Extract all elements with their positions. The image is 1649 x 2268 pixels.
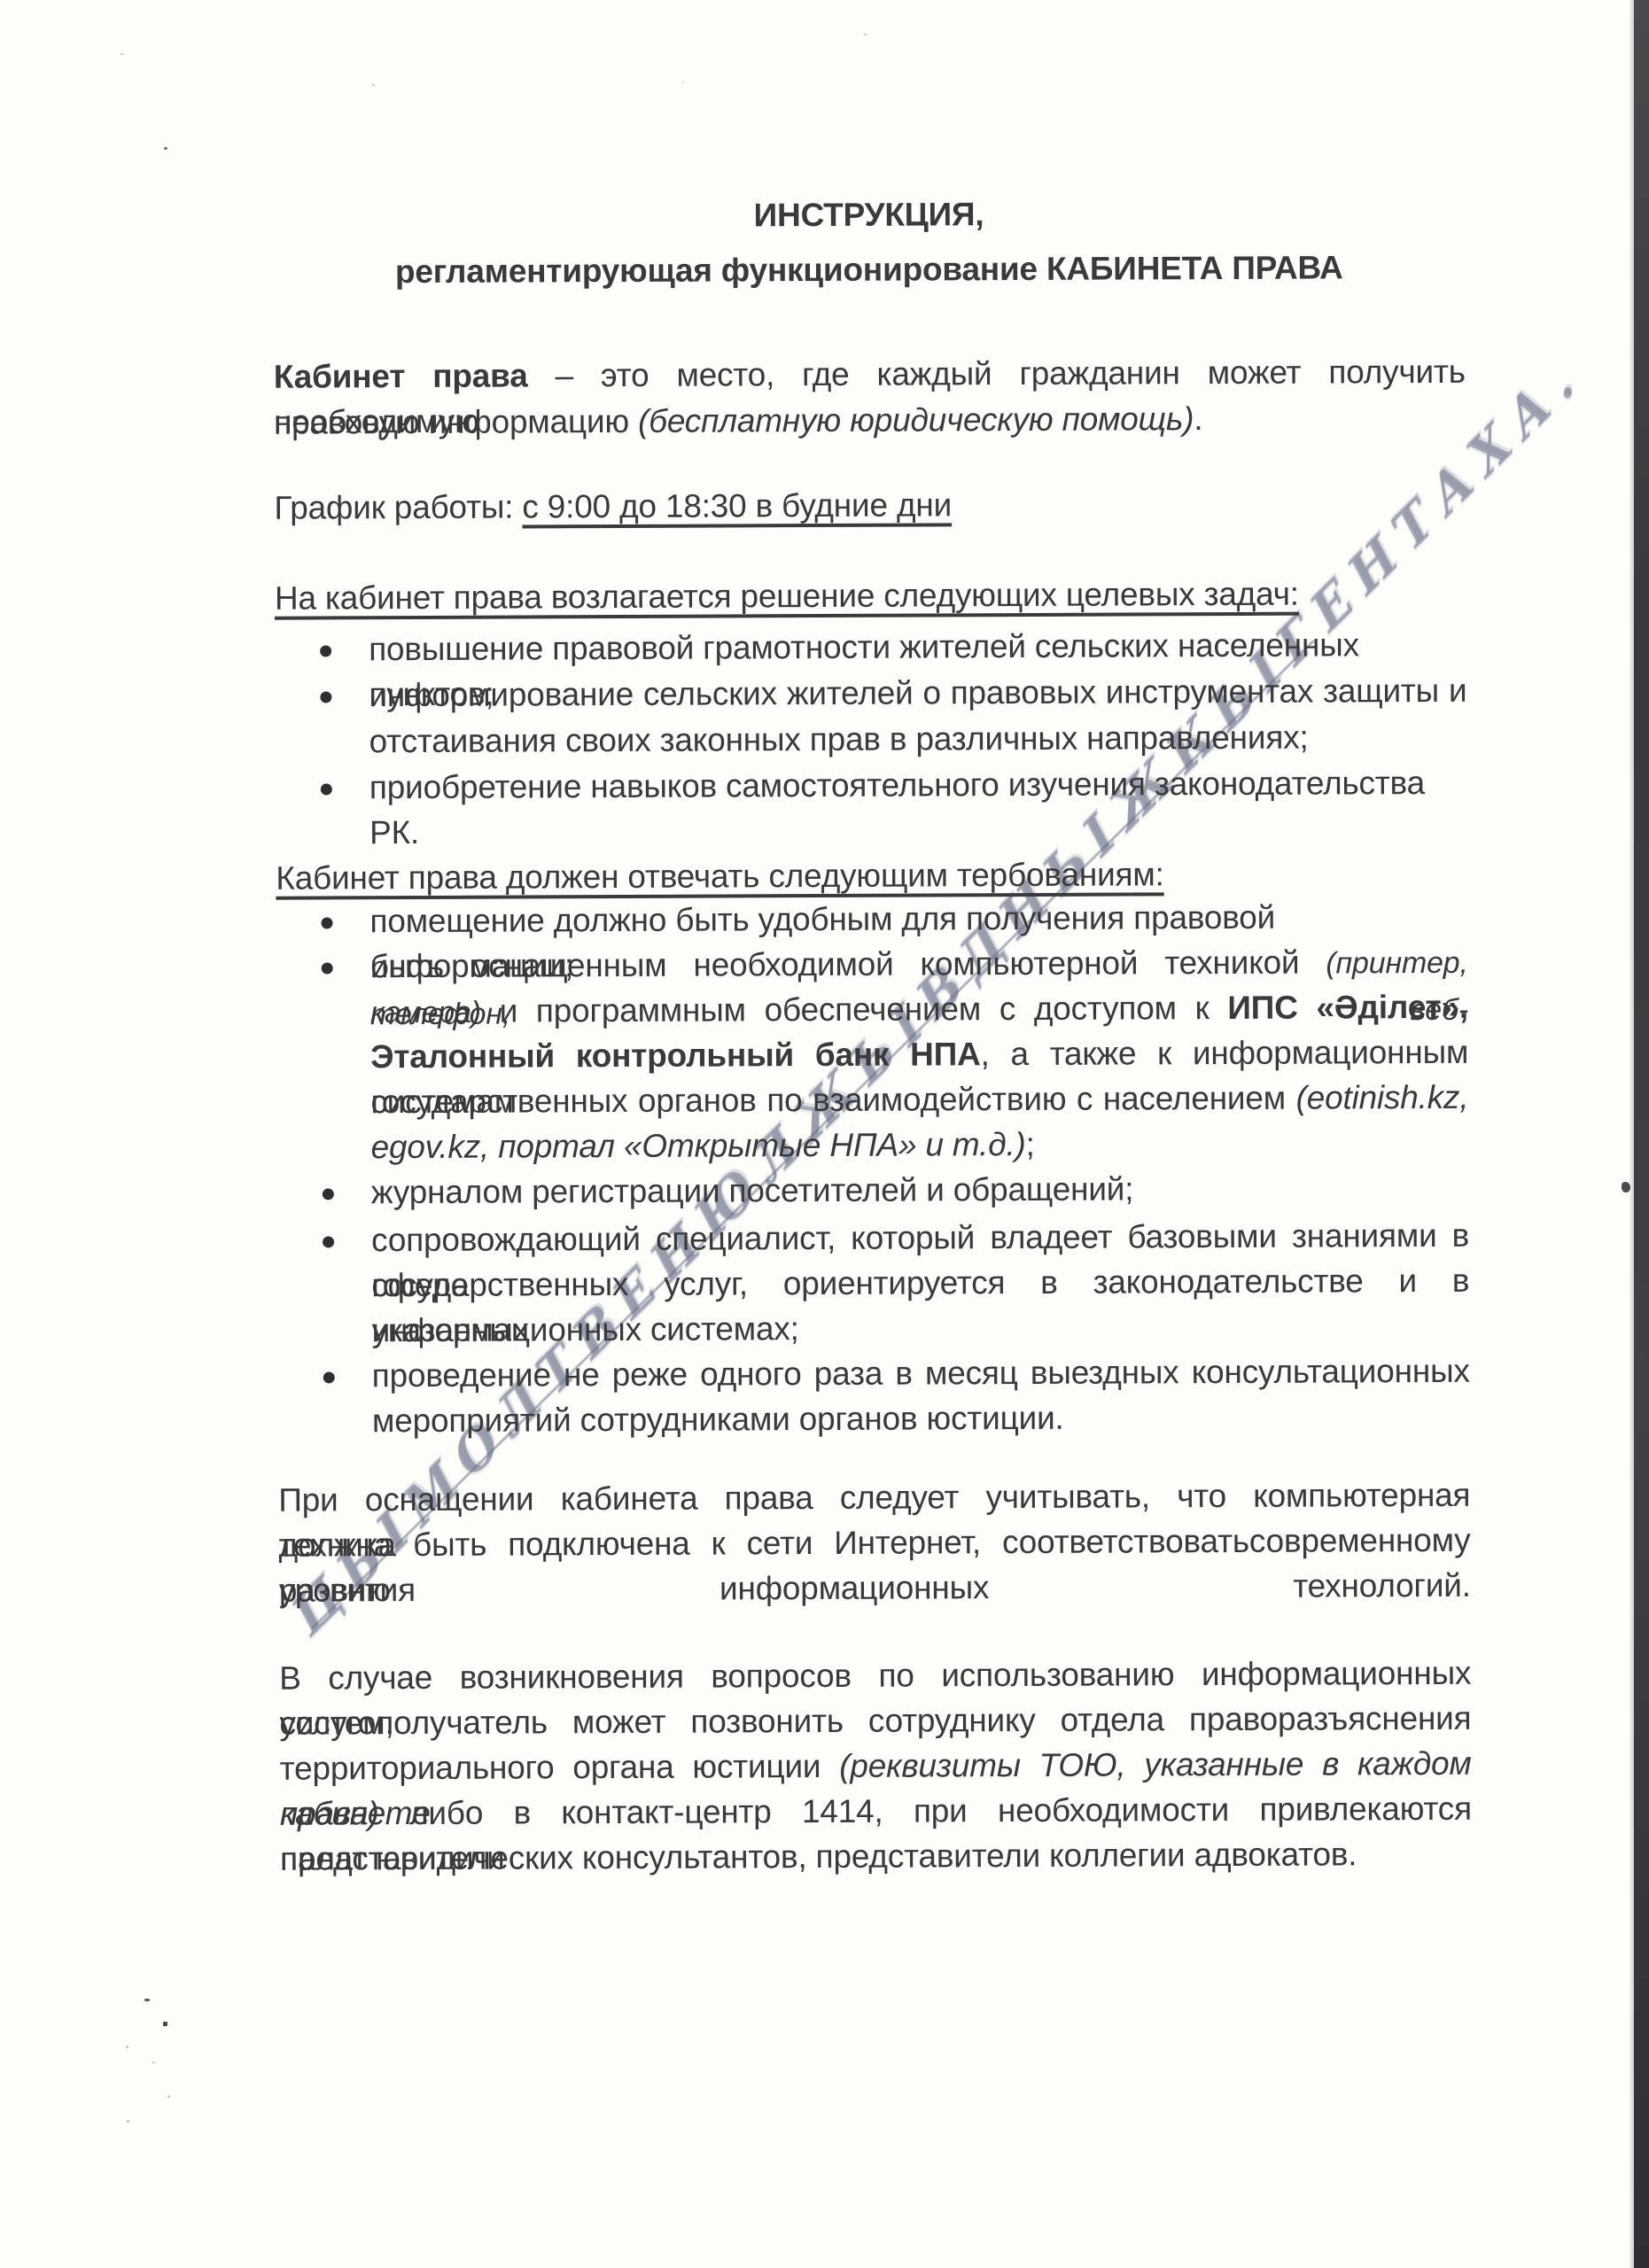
scan-speck xyxy=(152,2062,155,2063)
req-item-5-line-1: проведение не реже одного раза в месяц в… xyxy=(372,1348,1470,1398)
contact-line-2: услугополучатель может позвонить сотрудн… xyxy=(279,1696,1471,1746)
schedule-label: График работы: xyxy=(274,488,522,525)
scan-speck xyxy=(164,147,167,150)
document-title: ИНСТРУКЦИЯ, xyxy=(273,190,1465,240)
req-item-2-line-4: государственных органов по взаимодействи… xyxy=(370,1075,1468,1124)
document-content: ИНСТРУКЦИЯ, регламентирующая функциониро… xyxy=(0,0,1649,2268)
task-item-3: приобретение навыков самостоятельного из… xyxy=(369,760,1467,855)
scan-noise-mark xyxy=(1622,1182,1630,1192)
note-word: развития xyxy=(279,1567,416,1613)
scan-speck xyxy=(682,82,684,83)
schedule-hours: с 9:00 до 18:30 в будние дни xyxy=(522,486,952,524)
requirements-heading: Кабинет права должен отвечать следующим … xyxy=(276,850,1467,901)
intro-text: правовую информацию xyxy=(274,403,638,441)
scan-speck xyxy=(144,1999,150,2001)
scan-speck xyxy=(127,2120,129,2123)
intro-text: . xyxy=(1194,400,1202,437)
scan-speck xyxy=(121,53,123,55)
req-item-3: журналом регистрации посетителей и обращ… xyxy=(371,1165,1469,1215)
contact-line-5: палат юридических консультантов, предста… xyxy=(280,1831,1472,1882)
scan-edge-artifact xyxy=(1634,0,1649,2268)
scan-speck xyxy=(864,34,867,35)
bullet-dot xyxy=(321,917,332,928)
req-bold-system-name: ИПС «Әділет», xyxy=(1227,989,1468,1026)
scan-speck xyxy=(126,2046,128,2048)
bullet-dot xyxy=(320,691,331,703)
intro-term: Кабинет права xyxy=(274,357,528,394)
req-italic-note: камера) xyxy=(370,996,481,1030)
req-item-2-line-2: камера) и программным обеспечением с дос… xyxy=(370,984,1468,1036)
note-word: информационных xyxy=(719,1565,990,1611)
contact-italic-note: права) xyxy=(280,1795,379,1831)
note-word: технологий. xyxy=(1293,1563,1471,1609)
req-text: быть оснащенным необходимой компьютерной… xyxy=(370,944,1326,985)
bullet-dot xyxy=(323,1236,334,1247)
intro-line-2: правовую информацию (бесплатную юридичес… xyxy=(274,395,1466,446)
scanned-document-page: ЦЬІМОЛТВЕНЮЛЖЬІВДНЬІЖКЬІГЕНТАХА. ИНСТРУК… xyxy=(0,0,1649,2268)
document-subtitle: регламентирующая функционирование КАБИНЕ… xyxy=(273,245,1465,295)
note-line-3: развитияинформационныхтехнологий. xyxy=(279,1563,1471,1613)
req-text: и программным обеспечением с доступом к xyxy=(481,990,1228,1029)
bullet-dot xyxy=(322,962,333,974)
schedule-line: График работы: с 9:00 до 18:30 в будние … xyxy=(274,480,1466,531)
req-italic-note: egov.kz, портал «Открытые НПА» и т.д.) xyxy=(371,1126,1026,1165)
scan-speck xyxy=(163,2022,167,2026)
req-bold-system-name: Эталонный контрольный банк НПА xyxy=(370,1036,981,1075)
req-item-4-line-3: информационных системах; xyxy=(371,1303,1469,1353)
bullet-dot xyxy=(323,1188,334,1200)
intro-italic-note: (бесплатную юридическую помощь) xyxy=(638,400,1194,439)
task-item-2-line-2: отстаивания своих законных прав в различ… xyxy=(369,714,1467,764)
req-text: государственных органов по взаимодействи… xyxy=(370,1080,1295,1121)
req-italic-note: (eotinish.kz, xyxy=(1295,1079,1468,1116)
scan-speck xyxy=(372,84,375,86)
contact-text: территориального органа юстиции xyxy=(280,1748,840,1787)
bullet-dot xyxy=(323,1371,335,1383)
req-item-5-line-2: мероприятий сотрудниками органов юстиции… xyxy=(372,1394,1470,1443)
req-text: ; xyxy=(1026,1126,1035,1162)
bullet-dot xyxy=(321,783,332,795)
task-item-2-line-1: информирование сельских жителей о правов… xyxy=(369,668,1466,718)
tasks-heading: На кабинет права возлагается решение сле… xyxy=(275,571,1466,621)
scan-speck xyxy=(167,2095,170,2098)
bullet-dot xyxy=(320,645,331,656)
req-item-2-line-5: egov.kz, портал «Открытые НПА» и т.д.); xyxy=(371,1120,1469,1169)
